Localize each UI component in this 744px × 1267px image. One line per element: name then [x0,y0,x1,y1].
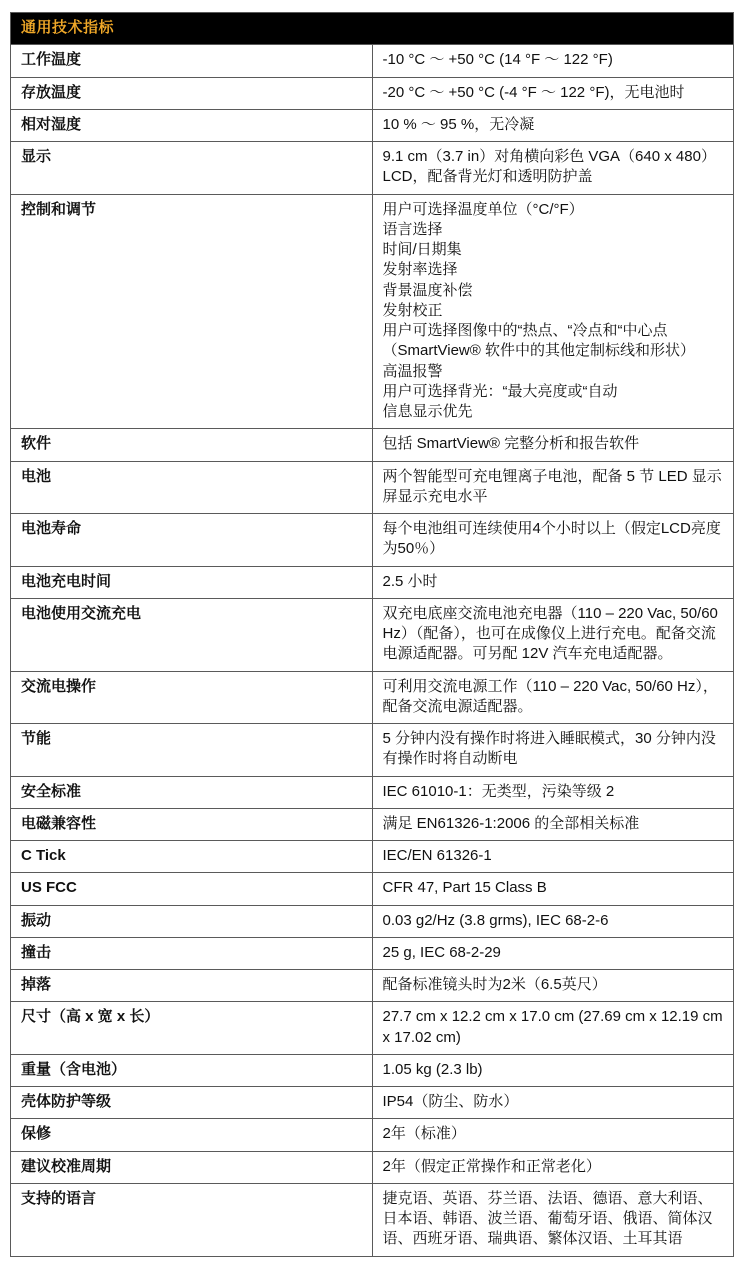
spec-row: 显示 9.1 cm（3.7 in）对角横向彩色 VGA（640 x 480）LC… [11,142,734,195]
spec-row: 存放温度 -20 °C ～ +50 °C (-4 °F ～ 122 °F)，无电… [11,77,734,109]
spec-label: 交流电操作 [11,671,373,724]
spec-row: 电磁兼容性 满足 EN61326-1:2006 的全部相关标准 [11,808,734,840]
spec-value: IEC/EN 61326-1 [372,841,734,873]
spec-label: 壳体防护等级 [11,1087,373,1119]
spec-row: 电池 两个智能型可充电锂离子电池，配备 5 节 LED 显示屏显示充电水平 [11,461,734,514]
spec-row: 电池寿命 每个电池组可连续使用4个小时以上（假定LCD亮度为50％） [11,514,734,567]
spec-value: IEC 61010-1：无类型，污染等级 2 [372,776,734,808]
spec-value: 两个智能型可充电锂离子电池，配备 5 节 LED 显示屏显示充电水平 [372,461,734,514]
spec-value: 每个电池组可连续使用4个小时以上（假定LCD亮度为50％） [372,514,734,567]
spec-row: 振动 0.03 g2/Hz (3.8 grms), IEC 68-2-6 [11,905,734,937]
spec-label: C Tick [11,841,373,873]
spec-row: 控制和调节 用户可选择温度单位（°C/°F） 语言选择 时间/日期集 发射率选择… [11,194,734,429]
spec-row: 相对湿度 10 % ～ 95 %，无冷凝 [11,109,734,141]
spec-value: 25 g, IEC 68-2-29 [372,937,734,969]
spec-row: US FCC CFR 47, Part 15 Class B [11,873,734,905]
spec-row: 电池充电时间 2.5 小时 [11,566,734,598]
spec-label: 相对湿度 [11,109,373,141]
spec-value: 双充电底座交流电池充电器（110 – 220 Vac, 50/60 Hz）（配备… [372,598,734,671]
spec-value: 1.05 kg (2.3 lb) [372,1054,734,1086]
spec-label: 控制和调节 [11,194,373,429]
table-header-row: 通用技术指标 [11,13,734,45]
spec-value: 2.5 小时 [372,566,734,598]
spec-label: 安全标准 [11,776,373,808]
spec-label: 工作温度 [11,45,373,77]
spec-label: 保修 [11,1119,373,1151]
spec-value: 27.7 cm x 12.2 cm x 17.0 cm (27.69 cm x … [372,1002,734,1055]
spec-row: 撞击 25 g, IEC 68-2-29 [11,937,734,969]
spec-row: 支持的语言 捷克语、英语、芬兰语、法语、德语、意大利语、日本语、韩语、波兰语、葡… [11,1183,734,1256]
spec-row: 保修 2年（标准） [11,1119,734,1151]
spec-label: 重量（含电池） [11,1054,373,1086]
spec-value: 2年（假定正常操作和正常老化） [372,1151,734,1183]
spec-row: 重量（含电池） 1.05 kg (2.3 lb) [11,1054,734,1086]
table-title: 通用技术指标 [11,13,734,45]
spec-value: -20 °C ～ +50 °C (-4 °F ～ 122 °F)，无电池时 [372,77,734,109]
spec-value: 可利用交流电源工作（110 – 220 Vac, 50/60 Hz），配备交流电… [372,671,734,724]
spec-row: 建议校准周期 2年（假定正常操作和正常老化） [11,1151,734,1183]
spec-label: 振动 [11,905,373,937]
spec-label: 建议校准周期 [11,1151,373,1183]
spec-value: 5 分钟内没有操作时将进入睡眠模式，30 分钟内没有操作时将自动断电 [372,724,734,777]
spec-value: 10 % ～ 95 %，无冷凝 [372,109,734,141]
spec-label: 电池寿命 [11,514,373,567]
spec-label: 软件 [11,429,373,461]
spec-label: 尺寸（高 x 宽 x 长） [11,1002,373,1055]
spec-value: IP54（防尘、防水） [372,1087,734,1119]
spec-row: 节能 5 分钟内没有操作时将进入睡眠模式，30 分钟内没有操作时将自动断电 [11,724,734,777]
spec-value: 2年（标准） [372,1119,734,1151]
spec-row: 电池使用交流充电 双充电底座交流电池充电器（110 – 220 Vac, 50/… [11,598,734,671]
spec-label: 电池 [11,461,373,514]
general-spec-table: 通用技术指标 工作温度 -10 °C ～ +50 °C (14 °F ～ 122… [10,12,734,1257]
spec-label: 电池使用交流充电 [11,598,373,671]
spec-row: 壳体防护等级 IP54（防尘、防水） [11,1087,734,1119]
spec-label: 电磁兼容性 [11,808,373,840]
spec-row: 掉落 配备标准镜头时为2米（6.5英尺） [11,970,734,1002]
spec-value: 包括 SmartView® 完整分析和报告软件 [372,429,734,461]
spec-sheet-page: 通用技术指标 工作温度 -10 °C ～ +50 °C (14 °F ～ 122… [0,0,744,1267]
spec-label: 支持的语言 [11,1183,373,1256]
spec-row: C Tick IEC/EN 61326-1 [11,841,734,873]
spec-value: 满足 EN61326-1:2006 的全部相关标准 [372,808,734,840]
spec-value: CFR 47, Part 15 Class B [372,873,734,905]
spec-value: 9.1 cm（3.7 in）对角横向彩色 VGA（640 x 480）LCD，配… [372,142,734,195]
spec-label: 节能 [11,724,373,777]
spec-label: 显示 [11,142,373,195]
spec-label: US FCC [11,873,373,905]
spec-row: 软件 包括 SmartView® 完整分析和报告软件 [11,429,734,461]
spec-row: 安全标准 IEC 61010-1：无类型，污染等级 2 [11,776,734,808]
spec-value: 配备标准镜头时为2米（6.5英尺） [372,970,734,1002]
spec-value: 用户可选择温度单位（°C/°F） 语言选择 时间/日期集 发射率选择 背景温度补… [372,194,734,429]
spec-row: 尺寸（高 x 宽 x 长） 27.7 cm x 12.2 cm x 17.0 c… [11,1002,734,1055]
spec-value: 捷克语、英语、芬兰语、法语、德语、意大利语、日本语、韩语、波兰语、葡萄牙语、俄语… [372,1183,734,1256]
spec-value: 0.03 g2/Hz (3.8 grms), IEC 68-2-6 [372,905,734,937]
spec-label: 撞击 [11,937,373,969]
spec-row: 交流电操作 可利用交流电源工作（110 – 220 Vac, 50/60 Hz）… [11,671,734,724]
spec-label: 掉落 [11,970,373,1002]
spec-value: -10 °C ～ +50 °C (14 °F ～ 122 °F) [372,45,734,77]
spec-label: 电池充电时间 [11,566,373,598]
spec-rows: 工作温度 -10 °C ～ +50 °C (14 °F ～ 122 °F) 存放… [11,45,734,1256]
spec-label: 存放温度 [11,77,373,109]
spec-row: 工作温度 -10 °C ～ +50 °C (14 °F ～ 122 °F) [11,45,734,77]
